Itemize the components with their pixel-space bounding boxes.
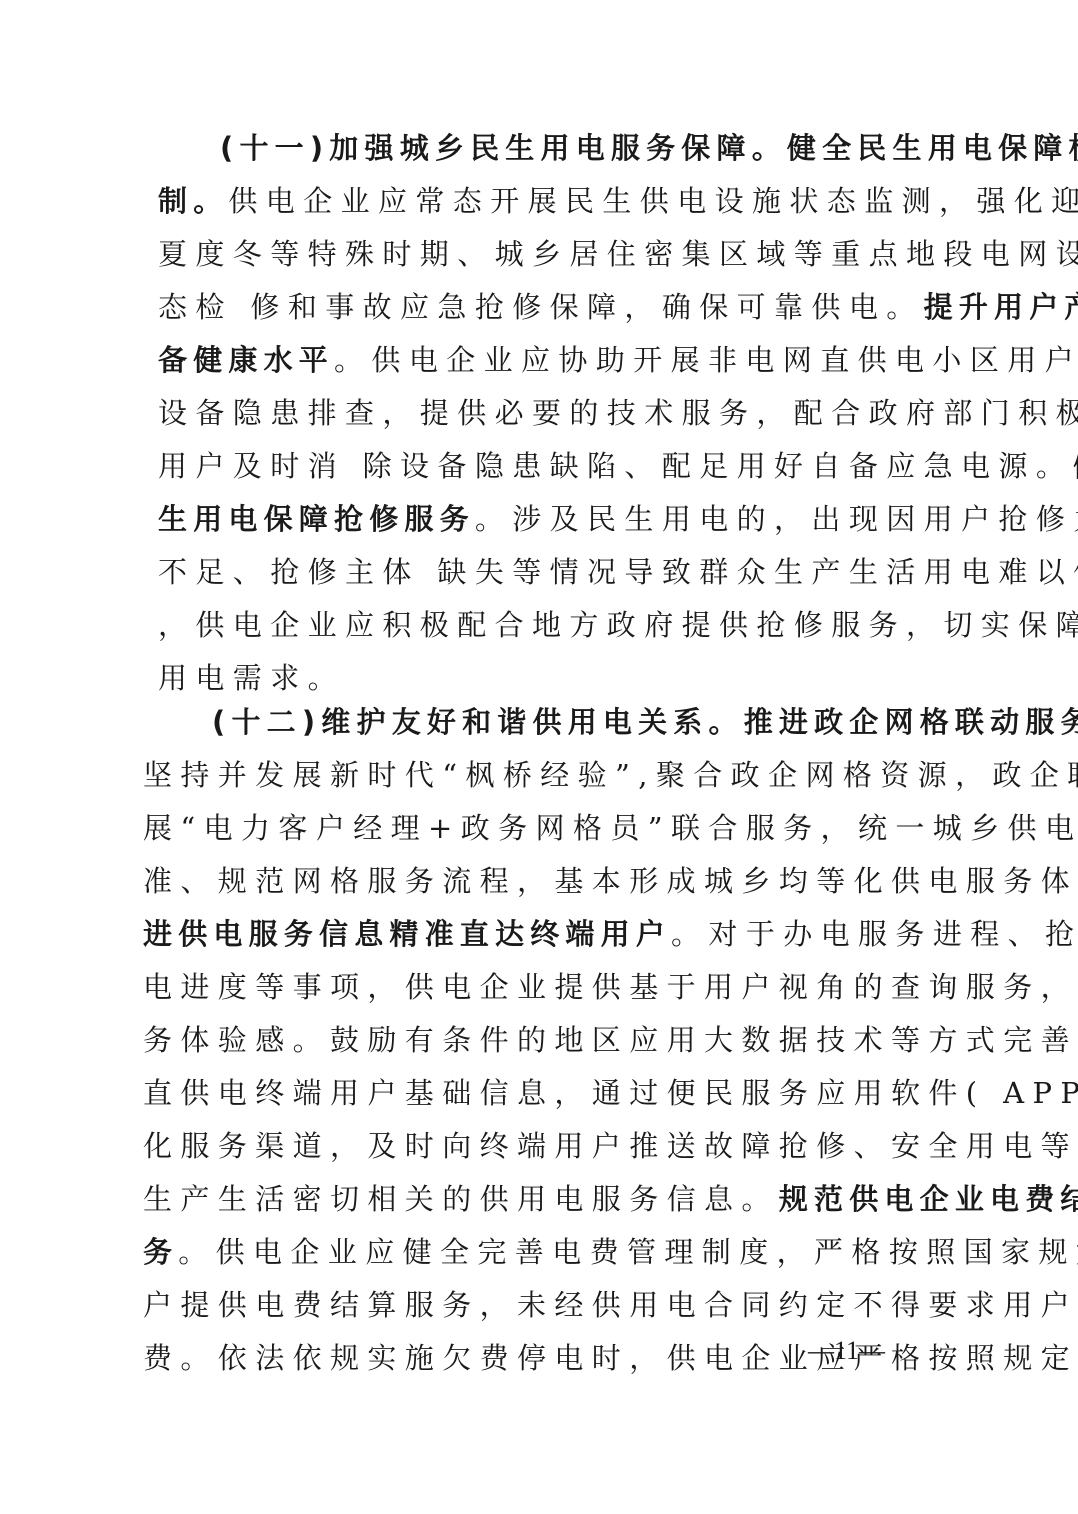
- body-text: ，供电企业应积极配合地方政府提供抢修服务，切实保障民生: [158, 608, 1078, 642]
- body-text: 夏度冬等特殊时期、城乡居住密集区域等重点地段电网设备状: [158, 237, 1078, 271]
- body-text: 化服务渠道，及时向终端用户推送故障抢修、安全用电等与群众: [143, 1129, 1078, 1163]
- body-text: 用电需求。: [158, 661, 345, 695]
- s11-line: 设备隐患排查，提供必要的技术服务，配合政府部门积极推动: [158, 391, 1078, 435]
- s12-line: 进供电服务信息精准直达终端用户。对于办电服务进程、抢修复: [143, 912, 1078, 956]
- body-text: 设备隐患排查，提供必要的技术服务，配合政府部门积极推动: [158, 396, 1078, 430]
- body-text: 户提供电费结算服务，未经供用电合同约定不得要求用户预付电: [143, 1288, 1078, 1322]
- s11-line: 备健康水平。供电企业应协助开展非电网直供电小区用户产权: [158, 338, 1078, 382]
- page-number: —11—: [808, 1336, 885, 1366]
- body-text: 态检 修和事故应急抢修保障，确保可靠供电。: [158, 290, 924, 324]
- body-text: 供电企业应常态开展民生供电设施状态监测，强化迎峰度: [228, 184, 1078, 218]
- s11-line: 不足、抢修主体 缺失等情况导致群众生产生活用电难以保障时: [158, 550, 1078, 594]
- s11-line: 夏度冬等特殊时期、城乡居住密集区域等重点地段电网设备状: [158, 232, 1078, 276]
- bold-heading-text: 做好民: [1073, 449, 1078, 483]
- body-text: 展“电力客户经理+政务网格员”联合服务，统一城乡供电服务标: [143, 811, 1078, 845]
- s12-line: 务。供电企业应健全完善电费管理制度，严格按照国家规定为用: [143, 1230, 1078, 1274]
- s11-line: 生用电保障抢修服务。涉及民生用电的，出现因用户抢修力量: [158, 497, 1078, 541]
- s12-line: 展“电力客户经理+政务网格员”联合服务，统一城乡供电服务标: [143, 806, 1078, 850]
- s12-line: 电进度等事项，供电企业提供基于用户视角的查询服务，提升服: [143, 965, 1078, 1009]
- body-text: 。对于办电服务进程、抢修复: [671, 917, 1078, 951]
- body-text: 不足、抢修主体 缺失等情况导致群众生产生活用电难以保障时: [158, 555, 1078, 589]
- s11-line: 用电需求。: [158, 656, 345, 700]
- s11-line: (十一)加强城乡民生用电服务保障。健全民生用电保障机: [220, 126, 1078, 170]
- body-text: 。供电企业应健全完善电费管理制度，严格按照国家规定为用: [178, 1235, 1078, 1269]
- body-text: 务体验感。鼓励有条件的地区应用大数据技术等方式完善非电网: [143, 1023, 1078, 1057]
- body-text: 生产生活密切相关的供用电服务信息。: [143, 1182, 779, 1216]
- body-text: 用户及时消 除设备隐患缺陷、配足用好自备应急电源。: [158, 449, 1073, 483]
- bold-heading-text: 备健康水平: [158, 343, 334, 377]
- body-text: 电进度等事项，供电企业提供基于用户视角的查询服务，提升服: [143, 970, 1078, 1004]
- bold-heading-text: (十二)维护友好和谐供用电关系。推进政企网格联动服务。: [212, 705, 1078, 739]
- bold-heading-text: 提升用户产权设: [924, 290, 1078, 324]
- s12-line: 准、规范网格服务流程，基本形成城乡均等化供电服务体系。推: [143, 859, 1078, 903]
- s12-line: 直供电终端用户基础信息，通过便民服务应用软件( APP)等数字: [143, 1071, 1078, 1115]
- s12-line: 生产生活密切相关的供用电服务信息。规范供电企业电费结算服: [143, 1177, 1078, 1221]
- s12-line: 户提供电费结算服务，未经供用电合同约定不得要求用户预付电: [143, 1283, 1078, 1327]
- body-text: 准、规范网格服务流程，基本形成城乡均等化供电服务体系。: [143, 864, 1078, 898]
- s11-line: 制。供电企业应常态开展民生供电设施状态监测，强化迎峰度: [158, 179, 1078, 223]
- s12-line: 化服务渠道，及时向终端用户推送故障抢修、安全用电等与群众: [143, 1124, 1078, 1168]
- s11-line: 态检 修和事故应急抢修保障，确保可靠供电。提升用户产权设: [158, 285, 1078, 329]
- s12-line: 务体验感。鼓励有条件的地区应用大数据技术等方式完善非电网: [143, 1018, 1078, 1062]
- s12-line: 费。依法依规实施欠费停电时，供电企业应严格按照规定履行提: [143, 1336, 1078, 1380]
- s12-line: 坚持并发展新时代“枫桥经验”,聚合政企网格资源，政企联动开: [143, 753, 1078, 797]
- s11-line: 用户及时消 除设备隐患缺陷、配足用好自备应急电源。做好民: [158, 444, 1078, 488]
- body-text: 坚持并发展新时代“枫桥经验”,聚合政企网格资源，政企联动开: [143, 758, 1078, 792]
- body-text: 直供电终端用户基础信息，通过便民服务应用软件( APP)等数字: [143, 1076, 1078, 1110]
- bold-heading-text: 务: [143, 1235, 178, 1269]
- s11-line: ，供电企业应积极配合地方政府提供抢修服务，切实保障民生: [158, 603, 1078, 647]
- bold-heading-text: 制。: [158, 184, 228, 218]
- body-text: 费。依法依规实施欠费停电时，供电企业应严格按照规定履行提: [143, 1341, 1078, 1375]
- body-text: 。涉及民生用电的，出现因用户抢修力量: [475, 502, 1078, 536]
- s12-line: (十二)维护友好和谐供用电关系。推进政企网格联动服务。: [212, 700, 1078, 744]
- bold-heading-text: 进供电服务信息精准直达终端用户: [143, 917, 671, 951]
- bold-heading-text: 规范供电企业电费结算服: [779, 1182, 1078, 1216]
- body-text: 。供电企业应协助开展非电网直供电小区用户产权: [334, 343, 1078, 377]
- bold-heading-text: 生用电保障抢修服务: [158, 502, 475, 536]
- bold-heading-text: (十一)加强城乡民生用电服务保障。健全民生用电保障机: [220, 131, 1078, 165]
